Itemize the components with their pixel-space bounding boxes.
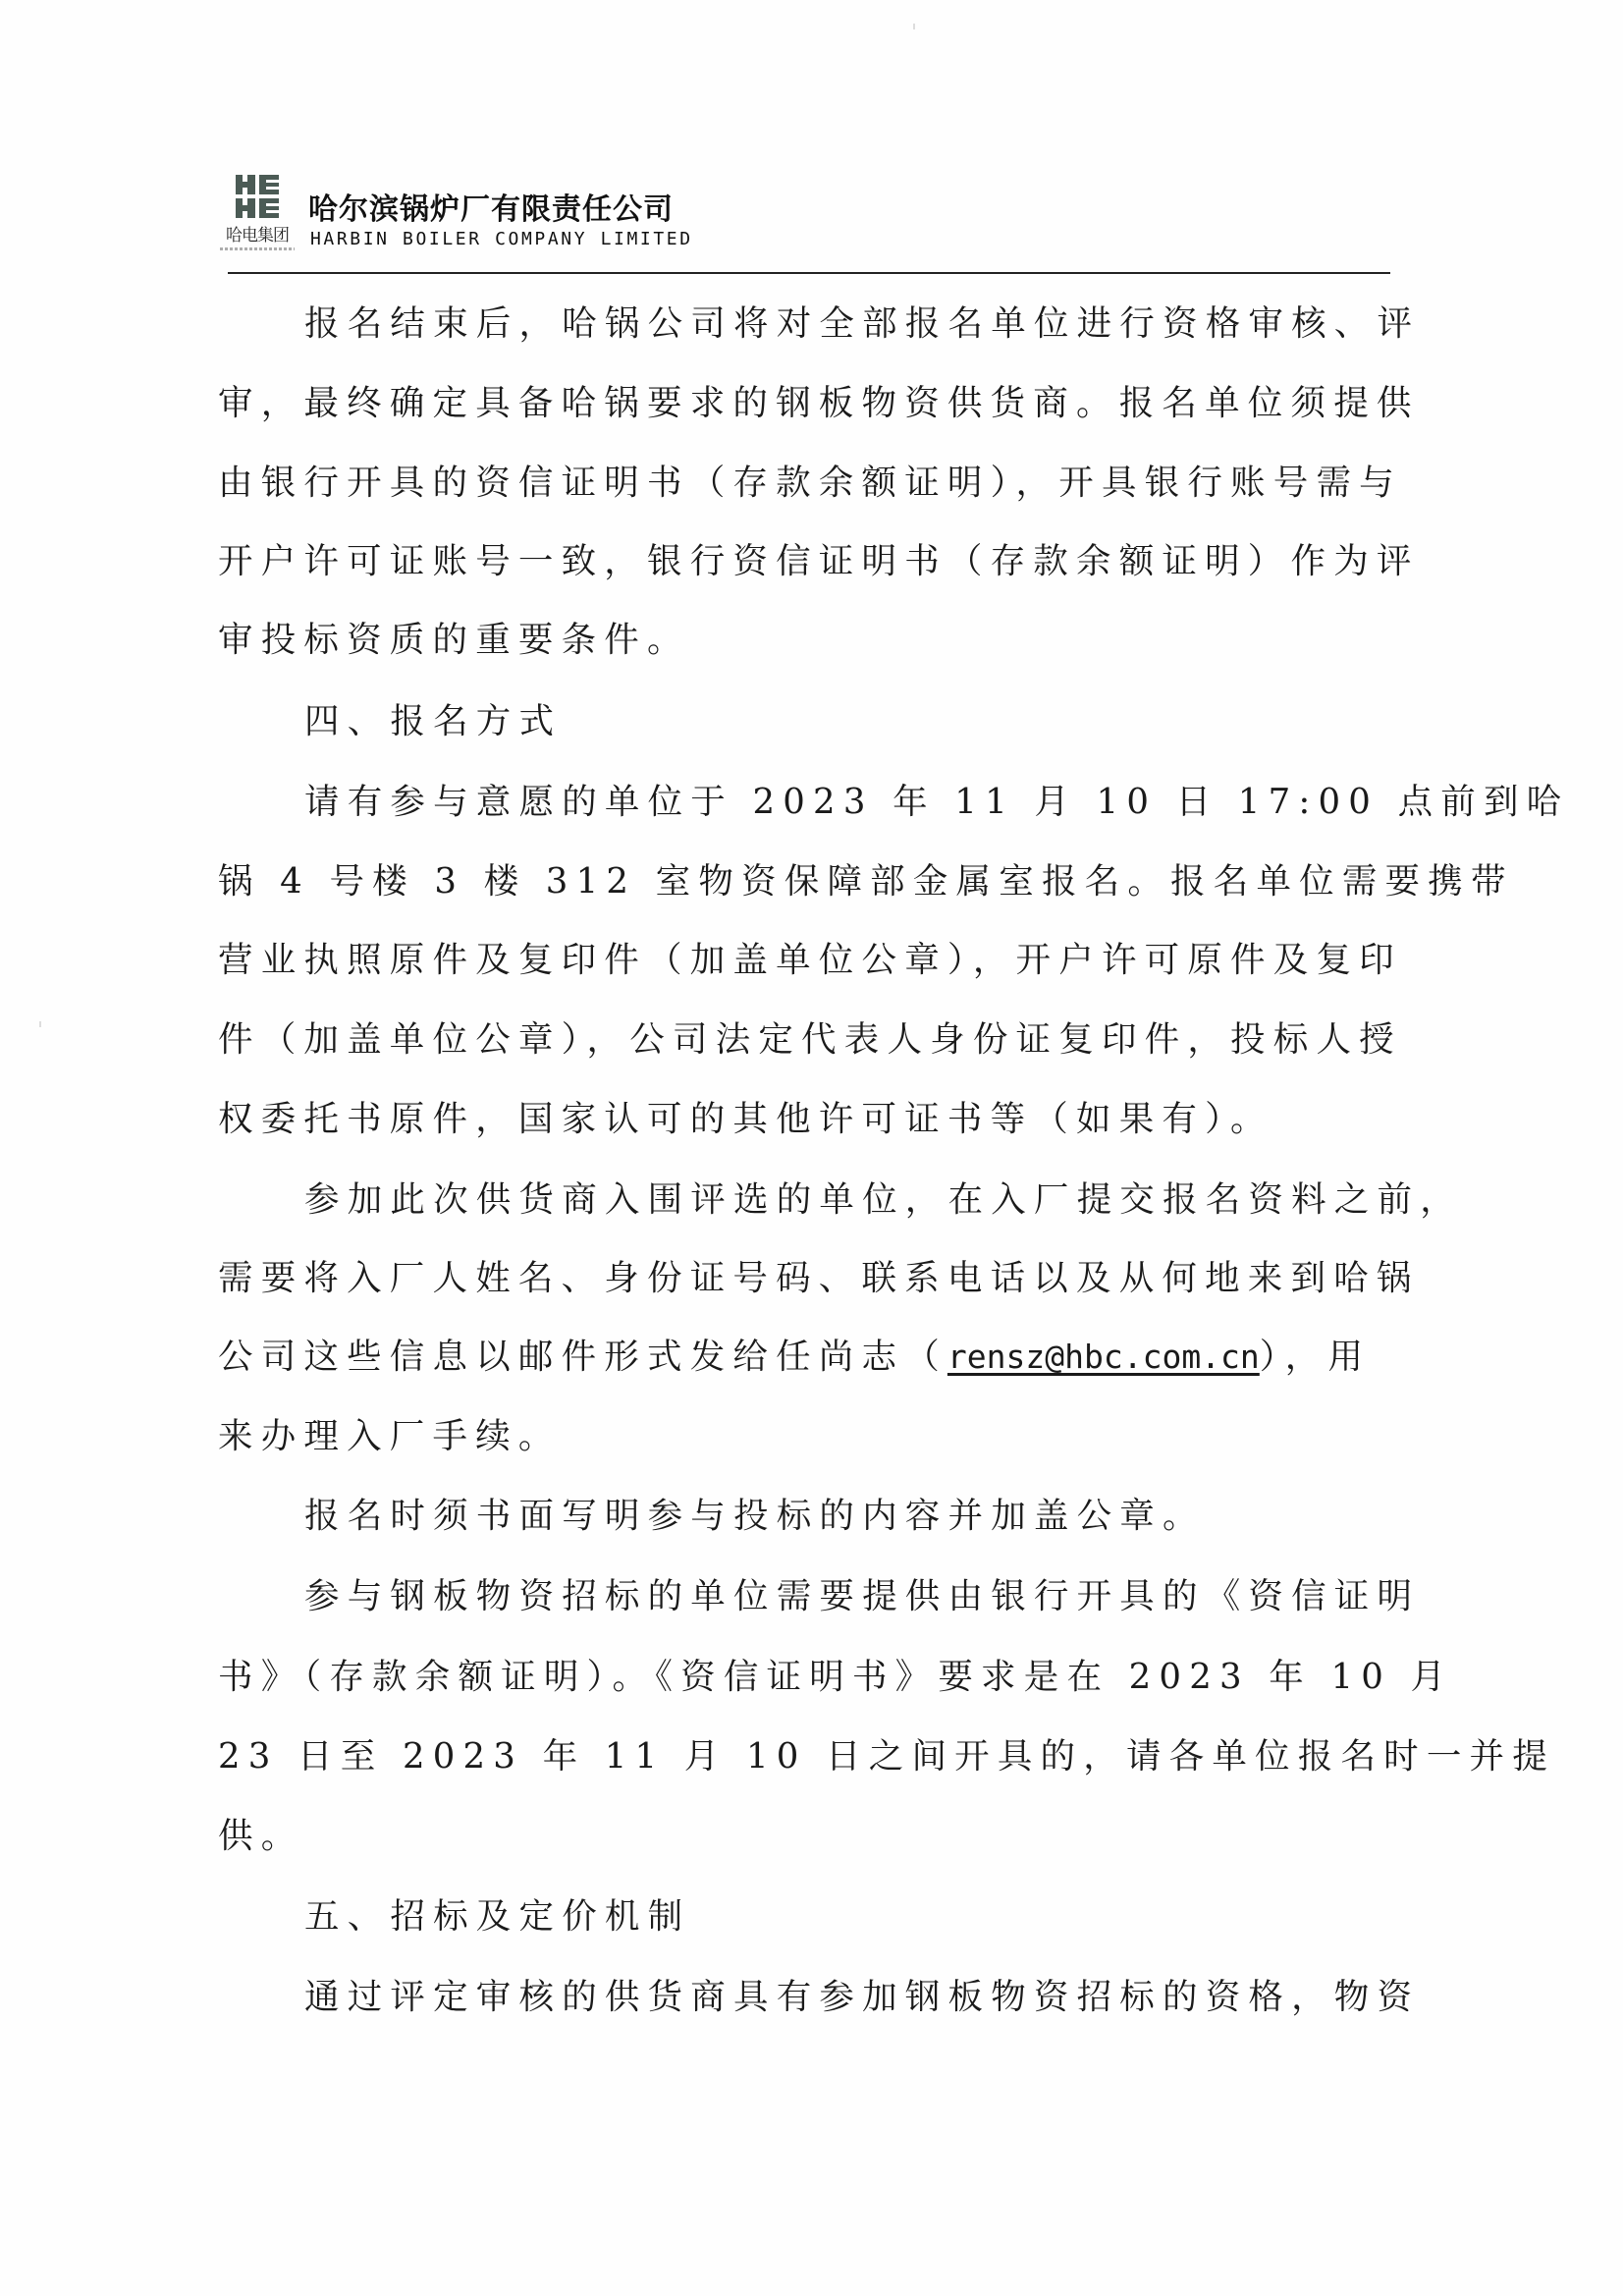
scan-speck: [913, 24, 915, 29]
harbin-electric-logo-icon: [236, 175, 279, 218]
company-name-cn: 哈尔滨锅炉厂有限责任公司: [308, 185, 674, 228]
company-name-en: HARBIN BOILER COMPANY LIMITED: [310, 229, 693, 249]
scan-speck: [39, 1021, 41, 1027]
paragraph-line: 报名时须书面写明参与投标的内容并加盖公章。: [304, 1487, 1206, 1546]
email-line-before: 公司这些信息以邮件形式发给任尚志（: [218, 1337, 947, 1377]
logo-subtitle-line: [220, 247, 295, 250]
logo-h-bottom-icon: [236, 198, 255, 218]
paragraph-line: 参与钢板物资招标的单位需要提供由银行开具的《资信证明: [304, 1567, 1420, 1626]
logo-e-bottom-icon: [259, 198, 279, 218]
paragraph-line: 审，最终确定具备哈锅要求的钢板物资供货商。报名单位须提供: [218, 374, 1420, 433]
section-heading-four: 四、报名方式: [304, 692, 562, 751]
paragraph-line: 来办理入厂手续。: [218, 1407, 562, 1466]
logo-h-top-icon: [236, 175, 255, 194]
paragraph-line: 需要将入厂人姓名、身份证号码、联系电话以及从何地来到哈锅: [218, 1249, 1420, 1308]
paragraph-line: 锅 4 号楼 3 楼 312 室物资保障部金属室报名。报名单位需要携带: [218, 852, 1514, 911]
letterhead: 哈电集团 哈尔滨锅炉厂有限责任公司 HARBIN BOILER COMPANY …: [218, 175, 1396, 273]
email-line-after: ），用: [1260, 1337, 1371, 1377]
paragraph-line: 通过评定审核的供货商具有参加钢板物资招标的资格，物资: [304, 1968, 1420, 2027]
paragraph-line: 报名结束后，哈锅公司将对全部报名单位进行资格审核、评: [304, 295, 1420, 354]
contact-email-link[interactable]: rensz@hbc.com.cn: [947, 1338, 1260, 1376]
paragraph-line: 由银行开具的资信证明书（存款余额证明），开具银行账号需与: [218, 454, 1402, 513]
paragraph-line: 权委托书原件，国家认可的其他许可证书等（如果有）。: [218, 1090, 1273, 1149]
paragraph-line: 开户许可证账号一致，银行资信证明书（存款余额证明）作为评: [218, 532, 1420, 591]
logo-group-name: 哈电集团: [218, 226, 297, 246]
header-divider: [228, 272, 1390, 274]
company-logo: 哈电集团: [218, 175, 297, 253]
document-page: 哈电集团 哈尔滨锅炉厂有限责任公司 HARBIN BOILER COMPANY …: [0, 0, 1623, 2296]
paragraph-line: 参加此次供货商入围评选的单位，在入厂提交报名资料之前，: [304, 1171, 1463, 1230]
section-heading-five: 五、招标及定价机制: [304, 1887, 690, 1946]
paragraph-line: 23 日至 2023 年 11 月 10 日之间开具的，请各单位报名时一并提: [218, 1727, 1555, 1786]
paragraph-line: 营业执照原件及复印件（加盖单位公章），开户许可原件及复印: [218, 931, 1402, 990]
logo-e-top-icon: [259, 175, 279, 194]
paragraph-line: 书》（存款余额证明）。《资信证明书》要求是在 2023 年 10 月: [218, 1648, 1453, 1707]
paragraph-line: 件（加盖单位公章），公司法定代表人身份证复印件，投标人授: [218, 1011, 1402, 1069]
paragraph-line-with-email: 公司这些信息以邮件形式发给任尚志（rensz@hbc.com.cn），用: [218, 1328, 1371, 1387]
paragraph-line: 请有参与意愿的单位于 2023 年 11 月 10 日 17:00 点前到哈: [304, 773, 1569, 832]
paragraph-line: 供。: [218, 1807, 303, 1866]
paragraph-line: 审投标资质的重要条件。: [218, 611, 690, 670]
